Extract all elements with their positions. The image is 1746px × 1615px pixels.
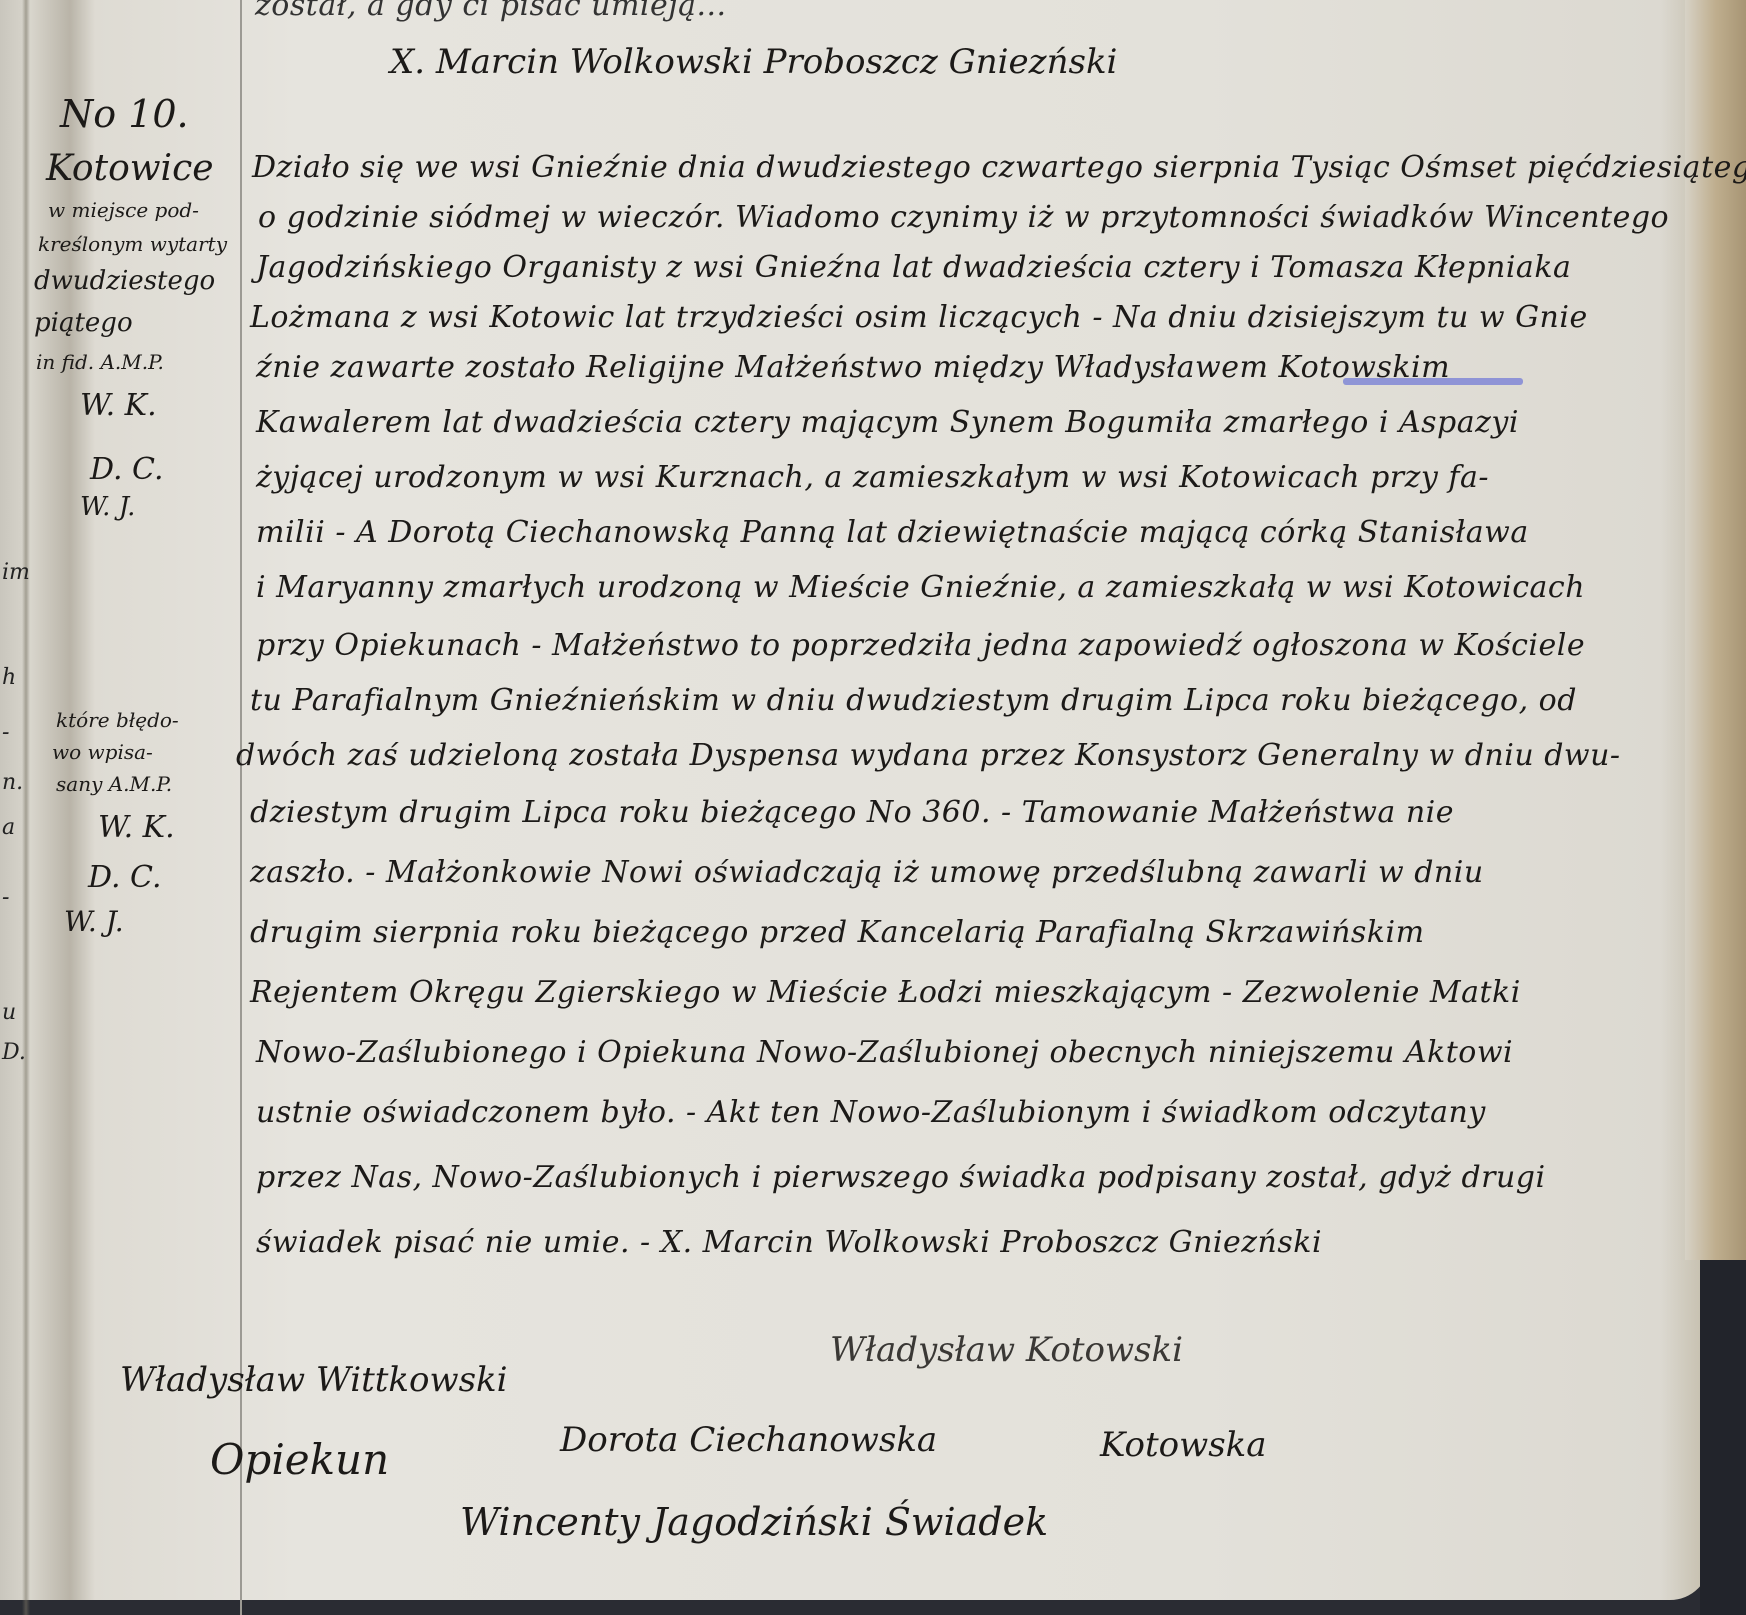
body-line: i Maryanny zmarłych urodzoną w Mieście G… bbox=[256, 570, 1585, 605]
body-line: tu Parafialnym Gnieźnieńskim w dniu dwud… bbox=[250, 683, 1577, 718]
margin-note-line: in fid. A.M.P. bbox=[36, 350, 164, 374]
signature-groom: Władysław Kotowski bbox=[830, 1330, 1183, 1370]
body-line: o godzinie siódmej w wieczór. Wiadomo cz… bbox=[258, 200, 1669, 235]
left-edge-fragment: n. bbox=[2, 770, 23, 795]
margin-note-line: piątego bbox=[34, 308, 133, 338]
body-line: ustnie oświadczonem było. - Akt ten Nowo… bbox=[256, 1095, 1486, 1130]
left-edge-fragment: u bbox=[2, 1000, 16, 1025]
margin-initials: W. K. bbox=[98, 810, 175, 845]
left-edge-fragment: im bbox=[2, 560, 30, 585]
signature-bride: Dorota Ciechanowska bbox=[560, 1420, 937, 1460]
margin-note-line: wo wpisa- bbox=[52, 740, 153, 764]
left-edge-fragment: - bbox=[2, 885, 9, 910]
top-priest-signature: X. Marcin Wolkowski Proboszcz Gniezński bbox=[390, 42, 1117, 82]
body-line: dwóch zaś udzieloną została Dyspensa wyd… bbox=[236, 738, 1621, 773]
left-edge-fragment: D. bbox=[2, 1040, 26, 1065]
margin-initials: D. C. bbox=[90, 452, 163, 487]
left-edge-fragment: - bbox=[2, 720, 9, 745]
margin-note-line: dwudziestego bbox=[34, 266, 215, 296]
body-line: źnie zawarte zostało Religijne Małżeństw… bbox=[256, 350, 1450, 385]
body-line: milii - A Dorotą Ciechanowską Panną lat … bbox=[256, 515, 1529, 550]
body-line: zaszło. - Małżonkowie Nowi oświadczają i… bbox=[250, 855, 1484, 890]
body-line: Działo się we wsi Gnieźnie dnia dwudzies… bbox=[252, 150, 1746, 185]
signature-witness: Wincenty Jagodziński Świadek bbox=[460, 1500, 1048, 1544]
margin-initials: W. J. bbox=[64, 905, 124, 938]
margin-note-line: kreślonym wytarty bbox=[38, 232, 227, 256]
blue-pencil-underline bbox=[1343, 378, 1523, 385]
background-corner bbox=[1700, 1260, 1746, 1615]
body-line: Jagodzińskiego Organisty z wsi Gnieźna l… bbox=[256, 250, 1571, 285]
signature-guardian: Opiekun bbox=[210, 1435, 389, 1484]
body-line: Nowo-Zaślubionego i Opiekuna Nowo-Zaślub… bbox=[256, 1035, 1513, 1070]
signature-mother: Kotowska bbox=[1100, 1425, 1267, 1465]
signature-wittkowski: Władysław Wittkowski bbox=[120, 1360, 508, 1400]
left-edge-fragment: h bbox=[2, 665, 16, 690]
margin-village: Kotowice bbox=[46, 148, 214, 189]
body-line: dziestym drugim Lipca roku bieżącego No … bbox=[250, 795, 1454, 830]
binding-gutter bbox=[22, 0, 30, 1615]
body-line: drugim sierpnia roku bieżącego przed Kan… bbox=[250, 915, 1425, 950]
page-right-edge bbox=[1685, 0, 1746, 1260]
body-line: Lożmana z wsi Kotowic lat trzydzieści os… bbox=[250, 300, 1588, 335]
margin-note-line: w miejsce pod- bbox=[48, 198, 199, 222]
margin-initials: W. K. bbox=[80, 388, 157, 423]
margin-initials: D. C. bbox=[88, 860, 161, 895]
margin-note-line: sany A.M.P. bbox=[56, 772, 172, 796]
left-edge-fragment: a bbox=[2, 815, 15, 840]
body-line: Rejentem Okręgu Zgierskiego w Mieście Ło… bbox=[250, 975, 1521, 1010]
margin-note-line: które błędo- bbox=[56, 708, 179, 732]
entry-number: No 10. bbox=[60, 92, 189, 136]
body-line: przez Nas, Nowo-Zaślubionych i pierwszeg… bbox=[256, 1160, 1546, 1195]
body-line: świadek pisać nie umie. - X. Marcin Wolk… bbox=[256, 1225, 1322, 1260]
top-partial-line: został, a gdy ci pisać umieją... bbox=[255, 0, 727, 23]
body-line: Kawalerem lat dwadzieścia cztery mającym… bbox=[256, 405, 1519, 440]
body-line: przy Opiekunach - Małżeństwo to poprzedz… bbox=[256, 628, 1585, 663]
margin-initials: W. J. bbox=[80, 492, 135, 522]
body-line: żyjącej urodzonym w wsi Kurznach, a zami… bbox=[256, 460, 1489, 495]
